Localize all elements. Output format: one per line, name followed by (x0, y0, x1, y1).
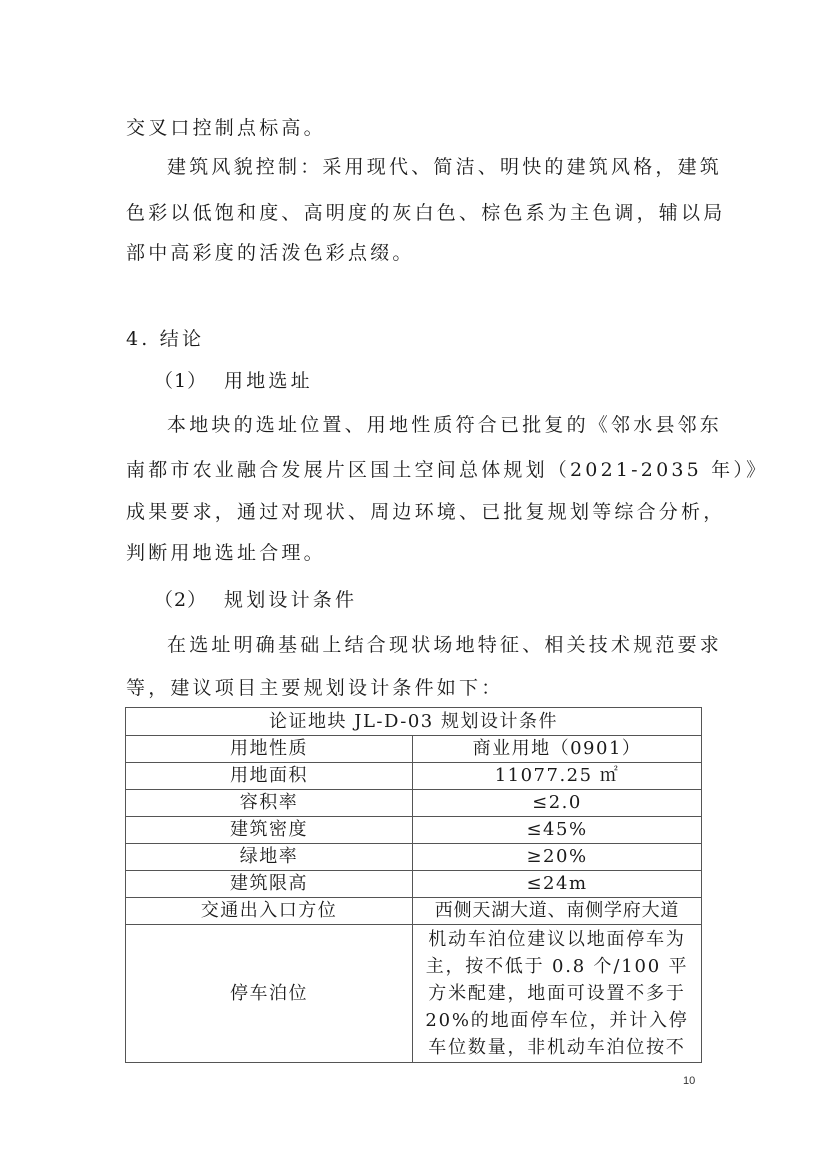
table-cell-label: 容积率 (126, 790, 413, 817)
paragraph-text: 等，建议项目主要规划设计条件如下： (126, 676, 503, 700)
table-row: 建筑限高 ≤24m (126, 871, 702, 898)
table-row: 交通出入口方位 西侧天湖大道、南侧学府大道 (126, 898, 702, 925)
table-cell-label: 用地面积 (126, 763, 413, 790)
table-cell-value: 机动车泊位建议以地面停车为 主，按不低于 0.8 个/100 平 方米配建，地面… (413, 925, 702, 1063)
table-cell-value: ≥20% (413, 844, 702, 871)
table-cell-label: 绿地率 (126, 844, 413, 871)
table-cell-value: ≤24m (413, 871, 702, 898)
subsection-number: （2） (154, 588, 224, 612)
table-cell-label: 停车泊位 (126, 925, 413, 1063)
subsection-number: （1） (154, 369, 224, 393)
table-row: 绿地率 ≥20% (126, 844, 702, 871)
table-row: 停车泊位 机动车泊位建议以地面停车为 主，按不低于 0.8 个/100 平 方米… (126, 925, 702, 1063)
paragraph-text: 交叉口控制点标高。 (126, 116, 326, 140)
document-page: 交叉口控制点标高。 建筑风貌控制：采用现代、简洁、明快的建筑风格，建筑 色彩以低… (0, 0, 826, 1169)
paragraph-text: 色彩以低饱和度、高明度的灰白色、棕色系为主色调，辅以局 (126, 201, 725, 225)
paragraph-text: 部中高彩度的活泼色彩点缀。 (126, 241, 415, 265)
table-row: 建筑密度 ≤45% (126, 817, 702, 844)
subsection-title: 规划设计条件 (224, 589, 357, 611)
table-cell-label: 交通出入口方位 (126, 898, 413, 925)
table-cell-label: 用地性质 (126, 736, 413, 763)
table-title: 论证地块 JL-D-03 规划设计条件 (126, 708, 702, 736)
table-cell-value: ≤45% (413, 817, 702, 844)
paragraph-text: 南都市农业融合发展片区国土空间总体规划（2021-2035 年）》 (126, 458, 768, 482)
subsection-heading: （2）规划设计条件 (154, 588, 357, 612)
table-row: 用地面积 11077.25 ㎡ (126, 763, 702, 790)
table-row: 用地性质 商业用地（0901） (126, 736, 702, 763)
table-row: 容积率 ≤2.0 (126, 790, 702, 817)
table-cell-value: 商业用地（0901） (413, 736, 702, 763)
table-cell-label: 建筑限高 (126, 871, 413, 898)
section-heading: 4. 结论 (126, 327, 204, 351)
planning-conditions-table: 论证地块 JL-D-03 规划设计条件 用地性质 商业用地（0901） 用地面积… (125, 707, 702, 1063)
subsection-title: 用地选址 (224, 370, 313, 392)
table-cell-value: ≤2.0 (413, 790, 702, 817)
paragraph-text: 建筑风貌控制：采用现代、简洁、明快的建筑风格，建筑 (167, 155, 722, 179)
paragraph-text: 在选址明确基础上结合现状场地特征、相关技术规范要求 (167, 633, 722, 657)
table-cell-value: 西侧天湖大道、南侧学府大道 (413, 898, 702, 925)
table-title-row: 论证地块 JL-D-03 规划设计条件 (126, 708, 702, 736)
paragraph-text: 判断用地选址合理。 (126, 541, 326, 565)
subsection-heading: （1）用地选址 (154, 369, 313, 393)
paragraph-text: 成果要求，通过对现状、周边环境、已批复规划等综合分析， (126, 500, 725, 524)
table-cell-label: 建筑密度 (126, 817, 413, 844)
table-cell-value: 11077.25 ㎡ (413, 763, 702, 790)
paragraph-text: 本地块的选址位置、用地性质符合已批复的《邻水县邻东 (167, 413, 722, 437)
page-number: 10 (683, 1075, 695, 1087)
